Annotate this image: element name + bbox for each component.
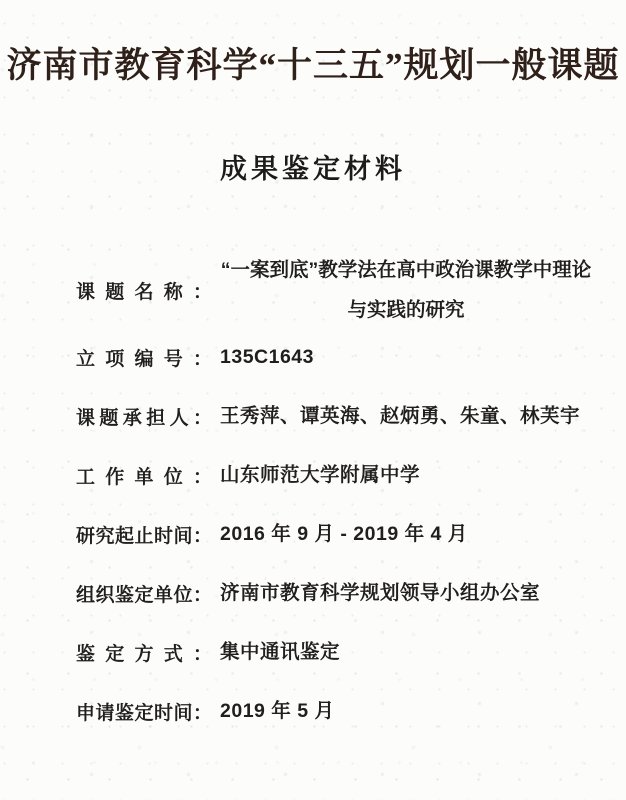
field-row-appraisal-method: 鉴定方式： 集中通讯鉴定 bbox=[76, 639, 592, 666]
field-label-appraisal-method: 鉴定方式： bbox=[76, 639, 212, 666]
field-row-research-period: 研究起止时间： 2016 年 9 月 - 2019 年 4 月 bbox=[76, 521, 592, 548]
field-value-appraisal-method: 集中通讯鉴定 bbox=[220, 639, 340, 666]
field-value-work-unit: 山东师范大学附属中学 bbox=[220, 462, 420, 489]
field-row-appraisal-organizer: 组织鉴定单位： 济南市教育科学规划领导小组办公室 bbox=[76, 580, 592, 607]
field-value-topic-name: “一案到底”教学法在高中政治课教学中理论 与实践的研究 bbox=[220, 250, 592, 330]
field-row-undertakers: 课题承担人： 王秀萍、谭英海、赵炳勇、朱童、林芙宇 bbox=[76, 403, 592, 430]
field-label-topic-name: 课题名称： bbox=[76, 277, 212, 304]
field-value-undertakers: 王秀萍、谭英海、赵炳勇、朱童、林芙宇 bbox=[220, 403, 580, 430]
field-label-application-time: 申请鉴定时间： bbox=[76, 698, 212, 725]
field-value-topic-name-line1: “一案到底”教学法在高中政治课教学中理论 bbox=[220, 250, 592, 290]
field-row-project-number: 立项编号： 135C1643 bbox=[76, 344, 592, 371]
field-label-work-unit: 工作单位： bbox=[76, 462, 212, 489]
field-row-application-time: 申请鉴定时间： 2019 年 5 月 bbox=[76, 698, 592, 725]
field-label-project-number: 立项编号： bbox=[76, 344, 212, 371]
field-label-research-period: 研究起止时间： bbox=[76, 521, 212, 548]
field-value-research-period: 2016 年 9 月 - 2019 年 4 月 bbox=[220, 521, 468, 548]
field-label-undertakers: 课题承担人： bbox=[76, 403, 212, 430]
scanned-document-page: 济南市教育科学“十三五”规划一般课题 成果鉴定材料 课题名称： “一案到底”教学… bbox=[0, 0, 626, 800]
document-subtitle: 成果鉴定材料 bbox=[0, 154, 626, 184]
field-value-topic-name-line2: 与实践的研究 bbox=[220, 290, 592, 330]
document-title: 济南市教育科学“十三五”规划一般课题 bbox=[0, 0, 626, 88]
field-row-work-unit: 工作单位： 山东师范大学附属中学 bbox=[76, 462, 592, 489]
field-value-appraisal-organizer: 济南市教育科学规划领导小组办公室 bbox=[220, 580, 540, 607]
field-value-project-number: 135C1643 bbox=[220, 344, 314, 371]
field-label-appraisal-organizer: 组织鉴定单位： bbox=[76, 580, 212, 607]
field-row-topic-name: 课题名称： “一案到底”教学法在高中政治课教学中理论 与实践的研究 bbox=[76, 250, 592, 330]
field-value-application-time: 2019 年 5 月 bbox=[220, 698, 334, 725]
fields-section: 课题名称： “一案到底”教学法在高中政治课教学中理论 与实践的研究 立项编号： … bbox=[76, 250, 592, 757]
